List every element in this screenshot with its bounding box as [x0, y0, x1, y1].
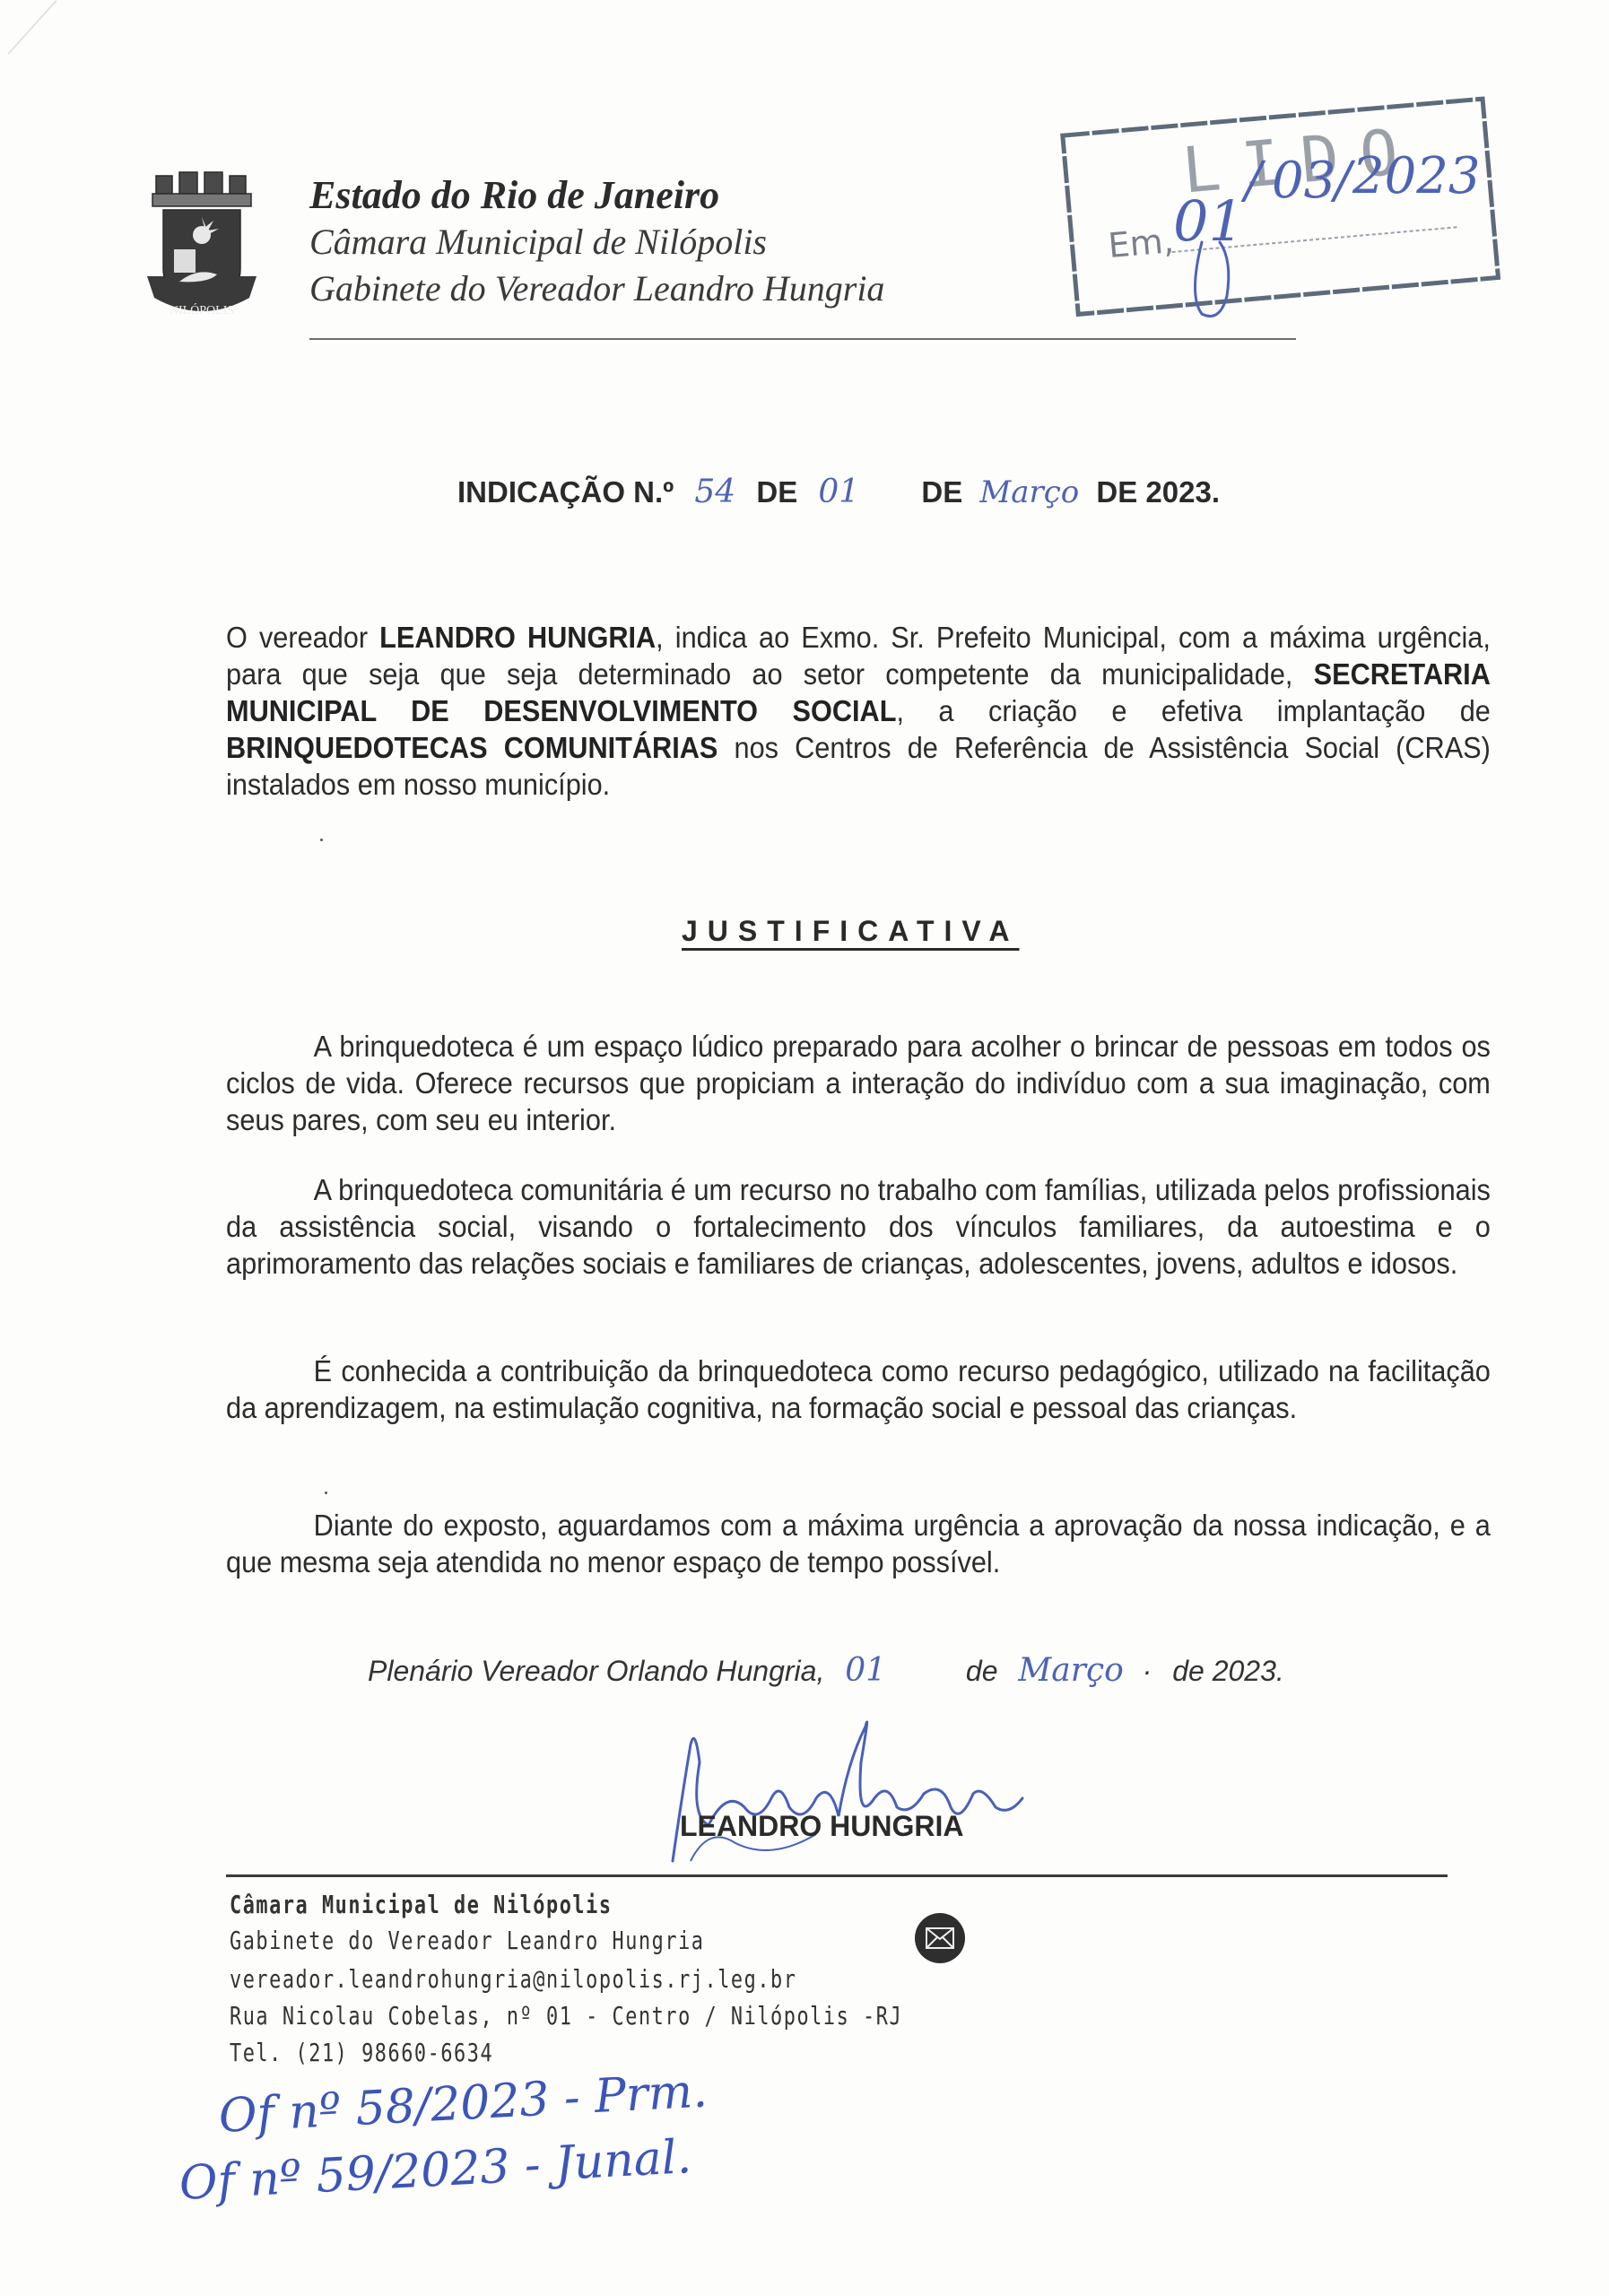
header-chamber: Câmara Municipal de Nilópolis — [309, 221, 767, 263]
footer-address: Rua Nicolau Cobelas, nº 01 - Centro / Ni… — [230, 2001, 902, 2031]
stray-dot — [325, 1492, 327, 1494]
indicacao-day: 01 — [818, 474, 859, 510]
footer-office: Gabinete do Vereador Leandro Hungria — [230, 1926, 705, 1955]
nilopolis-crest-icon: NILÓPOLIS — [144, 170, 260, 332]
justificativa-paragraph-2: A brinquedoteca comunitária é um recurso… — [226, 1171, 1491, 1282]
footer-email[interactable]: vereador.leandrohungria@nilopolis.rj.leg… — [230, 1964, 796, 1994]
indicacao-de2: DE — [921, 475, 962, 509]
svg-text:03: 03 — [1272, 152, 1335, 210]
svg-text:2023: 2023 — [1352, 147, 1481, 205]
svg-text:NILÓPOLIS: NILÓPOLIS — [170, 302, 234, 317]
footer-phone: Tel. (21) 98660-6634 — [230, 2038, 493, 2067]
header-state: Estado do Rio de Janeiro — [309, 172, 719, 218]
indicacao-number: 54 — [694, 474, 735, 510]
footer-chamber: Câmara Municipal de Nilópolis — [230, 1890, 613, 1919]
indicacao-year: DE 2023. — [1096, 475, 1220, 509]
closing-month: Março — [1018, 1652, 1123, 1689]
scan-artifact — [7, 0, 57, 55]
handwritten-note-1: Of nº 58/2023 - Prm. — [217, 2065, 709, 2144]
svg-text:01: 01 — [1173, 188, 1244, 254]
stray-dot — [320, 839, 323, 841]
svg-text:Em,: Em, — [1107, 221, 1176, 265]
header-divider — [309, 338, 1296, 340]
closing-day: 01 — [845, 1652, 886, 1689]
footer-divider — [226, 1874, 1448, 1877]
justificativa-paragraph-4: Diante do exposto, aguardamos com a máxi… — [226, 1507, 1491, 1580]
envelope-icon — [915, 1913, 965, 1963]
indicacao-month: Março — [979, 474, 1079, 510]
indicacao-title: INDICAÇÃO N.º 54 DE 01 DE Março DE 2023. — [457, 474, 1220, 510]
indicacao-de1: DE — [756, 475, 797, 509]
handwritten-note-2: Of nº 59/2023 - Junal. — [178, 2130, 692, 2211]
justificativa-heading: JUSTIFICATIVA — [682, 915, 1019, 948]
signatory-name: LEANDRO HUNGRIA — [680, 1810, 963, 1843]
intro-paragraph: O vereador LEANDRO HUNGRIA, indica ao Ex… — [226, 619, 1491, 803]
signature-scribble — [655, 1709, 1031, 1879]
justificativa-paragraph-3: É conhecida a contribuição da brinquedot… — [226, 1352, 1491, 1426]
justificativa-paragraph-1: A brinquedoteca é um espaço lúdico prepa… — [226, 1028, 1491, 1138]
header-office: Gabinete do Vereador Leandro Hungria — [309, 267, 884, 309]
lido-stamp: LIDO Em, 01 / 03 / 2023 — [1049, 36, 1516, 323]
indicacao-label: INDICAÇÃO N.º — [457, 475, 674, 509]
closing-line: Plenário Vereador Orlando Hungria, 01 de… — [368, 1652, 1284, 1689]
